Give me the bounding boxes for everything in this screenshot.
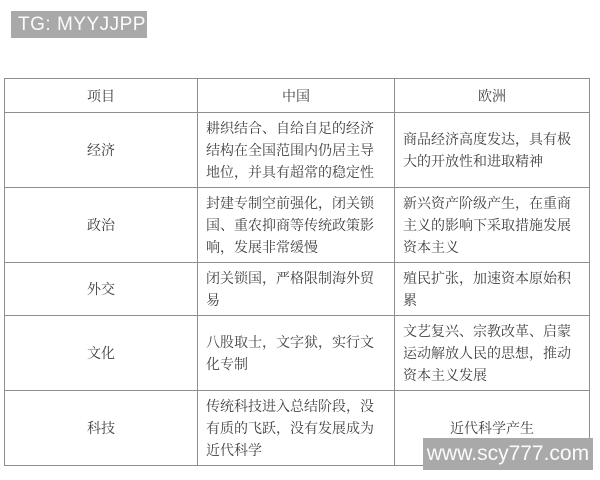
page: TG: MYYJJPP 项目 中国 欧洲 经济耕织结合、自给自足的经济结构在全国…	[0, 0, 600, 480]
europe-cell: 新兴资产阶级产生，在重商主义的影响下采取措施发展资本主义	[395, 188, 590, 263]
category-cell: 文化	[5, 316, 198, 391]
china-cell: 传统科技进入总结阶段，没有质的飞跃，没有发展成为近代科学	[198, 391, 395, 466]
category-cell: 外交	[5, 263, 198, 316]
china-cell: 封建专制空前强化，闭关锁国、重农抑商等传统政策影响，发展非常缓慢	[198, 188, 395, 263]
header-cell-category: 项目	[5, 79, 198, 113]
header-cell-europe: 欧洲	[395, 79, 590, 113]
europe-cell: 文艺复兴、宗教改革、启蒙运动解放人民的思想，推动资本主义发展	[395, 316, 590, 391]
watermark-top: TG: MYYJJPP	[11, 11, 147, 38]
table-row: 外交闭关锁国，严格限制海外贸易殖民扩张，加速资本原始积累	[5, 263, 590, 316]
category-cell: 政治	[5, 188, 198, 263]
header-row: 项目 中国 欧洲	[5, 79, 590, 113]
table-header: 项目 中国 欧洲	[5, 79, 590, 113]
china-cell: 耕织结合、自给自足的经济结构在全国范围内仍居主导地位，并具有超常的稳定性	[198, 113, 395, 188]
table-row: 文化八股取士，文字狱，实行文化专制文艺复兴、宗教改革、启蒙运动解放人民的思想，推…	[5, 316, 590, 391]
china-cell: 闭关锁国，严格限制海外贸易	[198, 263, 395, 316]
table-row: 经济耕织结合、自给自足的经济结构在全国范围内仍居主导地位，并具有超常的稳定性商品…	[5, 113, 590, 188]
europe-cell: 殖民扩张，加速资本原始积累	[395, 263, 590, 316]
category-cell: 经济	[5, 113, 198, 188]
category-cell: 科技	[5, 391, 198, 466]
table-body: 经济耕织结合、自给自足的经济结构在全国范围内仍居主导地位，并具有超常的稳定性商品…	[5, 113, 590, 466]
europe-cell: 商品经济高度发达，具有极大的开放性和进取精神	[395, 113, 590, 188]
watermark-bottom: www.scy777.com	[423, 438, 593, 470]
table-row: 政治封建专制空前强化，闭关锁国、重农抑商等传统政策影响，发展非常缓慢新兴资产阶级…	[5, 188, 590, 263]
comparison-table: 项目 中国 欧洲 经济耕织结合、自给自足的经济结构在全国范围内仍居主导地位，并具…	[4, 78, 590, 466]
china-cell: 八股取士，文字狱，实行文化专制	[198, 316, 395, 391]
header-cell-china: 中国	[198, 79, 395, 113]
